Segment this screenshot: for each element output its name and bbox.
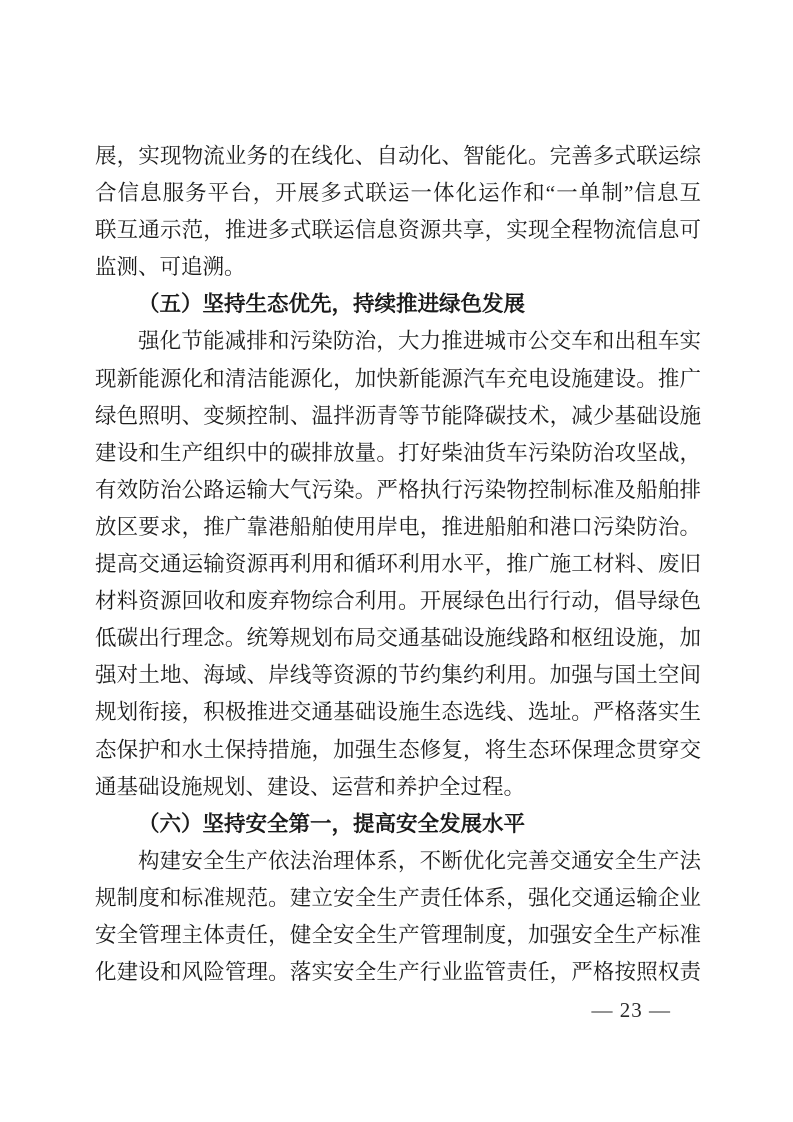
text-line: 建设和生产组织中的碳排放量。打好柴油货车污染防治攻坚战， — [95, 435, 701, 472]
text-line: 化建设和风险管理。落实安全生产行业监管责任，严格按照权责 — [95, 954, 701, 991]
text-line: 低碳出行理念。统筹规划布局交通基础设施线路和枢纽设施，加 — [95, 620, 701, 657]
text-line: 规划衔接，积极推进交通基础设施生态选线、选址。严格落实生 — [95, 694, 701, 731]
text-line: 放区要求，推广靠港船舶使用岸电，推进船舶和港口污染防治。 — [95, 509, 701, 546]
text-line: 展，实现物流业务的在线化、自动化、智能化。完善多式联运综 — [95, 138, 701, 175]
text-line: 材料资源回收和废弃物综合利用。开展绿色出行行动，倡导绿色 — [95, 583, 701, 620]
text-line: 绿色照明、变频控制、温拌沥青等节能降碳技术，减少基础设施 — [95, 398, 701, 435]
text-line: 现新能源化和清洁能源化，加快新能源汽车充电设施建设。推广 — [95, 361, 701, 398]
heading-section-6: （六）坚持安全第一，提高安全发展水平 — [95, 806, 701, 843]
text-line: 有效防治公路运输大气污染。严格执行污染物控制标准及船舶排 — [95, 472, 701, 509]
text-line: 提高交通运输资源再利用和循环利用水平，推广施工材料、废旧 — [95, 546, 701, 583]
document-body: 展，实现物流业务的在线化、自动化、智能化。完善多式联运综合信息服务平台，开展多式… — [95, 138, 701, 991]
text-line: 规制度和标准规范。建立安全生产责任体系，强化交通运输企业 — [95, 880, 701, 917]
text-line: 监测、可追溯。 — [95, 249, 701, 286]
text-line: 强化节能减排和污染防治，大力推进城市公交车和出租车实 — [95, 323, 701, 360]
text-line: 合信息服务平台，开展多式联运一体化运作和“一单制”信息互 — [95, 175, 701, 212]
text-line: 强对土地、海域、岸线等资源的节约集约利用。加强与国土空间 — [95, 657, 701, 694]
heading-line: （五）坚持生态优先，持续推进绿色发展 — [95, 286, 701, 323]
heading-line: （六）坚持安全第一，提高安全发展水平 — [95, 806, 701, 843]
page-footer: — 23 — — [592, 998, 672, 1023]
text-line: 安全管理主体责任，健全安全生产管理制度，加强安全生产标准 — [95, 917, 701, 954]
page-number: — 23 — — [592, 998, 672, 1022]
document-page: 展，实现物流业务的在线化、自动化、智能化。完善多式联运综合信息服务平台，开展多式… — [0, 0, 793, 1122]
heading-section-5: （五）坚持生态优先，持续推进绿色发展 — [95, 286, 701, 323]
text-line: 联互通示范，推进多式联运信息资源共享，实现全程物流信息可 — [95, 212, 701, 249]
text-line: 构建安全生产依法治理体系，不断优化完善交通安全生产法 — [95, 843, 701, 880]
paragraph-safety-development: 构建安全生产依法治理体系，不断优化完善交通安全生产法规制度和标准规范。建立安全生… — [95, 843, 701, 991]
paragraph-multimodal-transport: 展，实现物流业务的在线化、自动化、智能化。完善多式联运综合信息服务平台，开展多式… — [95, 138, 701, 286]
text-line: 态保护和水土保持措施，加强生态修复，将生态环保理念贯穿交 — [95, 732, 701, 769]
text-line: 通基础设施规划、建设、运营和养护全过程。 — [95, 769, 701, 806]
paragraph-green-development: 强化节能减排和污染防治，大力推进城市公交车和出租车实现新能源化和清洁能源化，加快… — [95, 323, 701, 805]
